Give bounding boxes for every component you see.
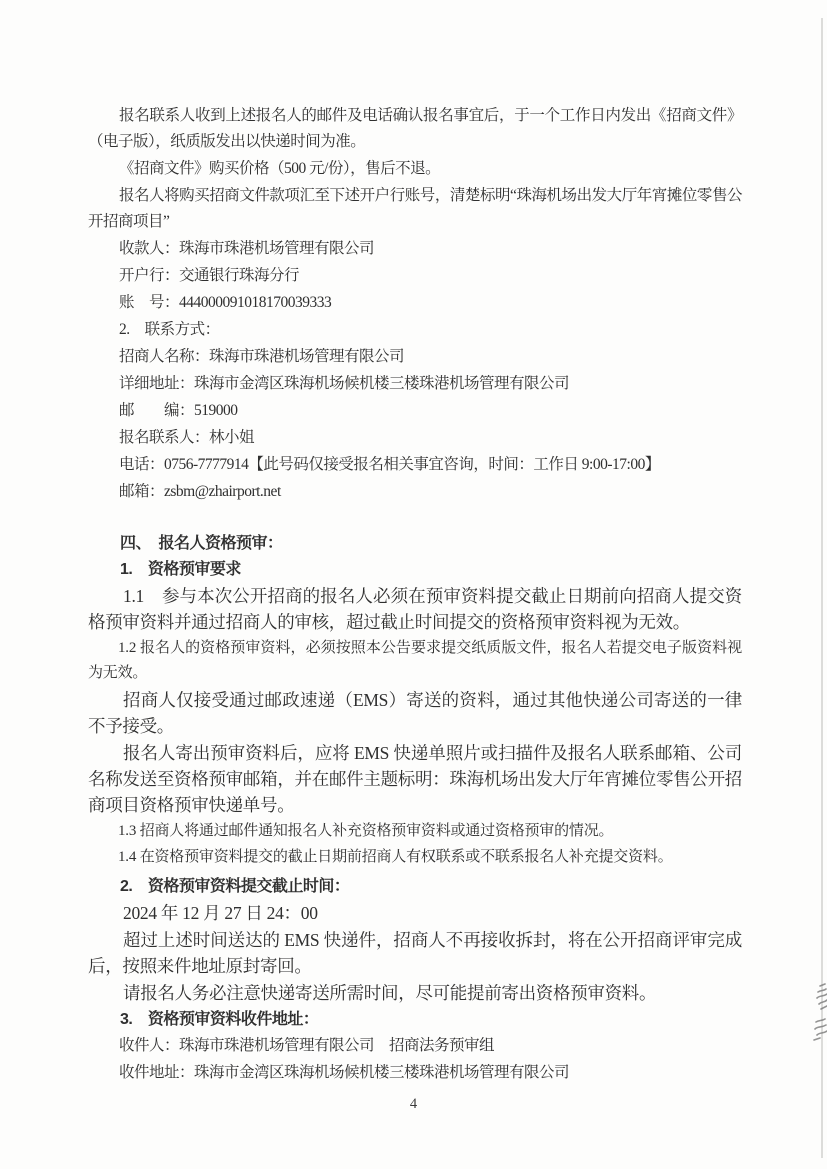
clause-1-1: 1.1 参与本次公开招商的报名人必须在预审资料提交截止日期前向招商人提交资格预审…: [88, 583, 742, 635]
mailing-address-heading: 3. 资格预审资料收件地址：: [88, 1007, 742, 1032]
postcode-line: 邮 编：519000: [88, 398, 742, 424]
document-body: 报名联系人收到上述报名人的邮件及电话确认报名事宜后，于一个工作日内发出《招商文件…: [88, 103, 742, 1087]
clause-1-2: 1.2 报名人的资格预审资料，必须按照本公告要求提交纸质版文件，报名人若提交电子…: [88, 636, 742, 686]
merchant-name-line: 招商人名称：珠海市珠港机场管理有限公司: [88, 344, 742, 370]
address-line: 详细地址：珠海市金湾区珠海机场候机楼三楼珠港机场管理有限公司: [88, 371, 742, 397]
handwritten-margin-note: [806, 982, 827, 1054]
ems-only-notice: 招商人仅接受通过邮政速递（EMS）寄送的资料，通过其他快递公司寄送的一律不予接受…: [88, 687, 742, 739]
clause-1-4: 1.4 在资格预审资料提交的截止日期前招商人有权联系或不联系报名人补充提交资料。: [88, 845, 742, 870]
account-number-line: 账 号：444000091018170039333: [88, 290, 742, 316]
recipient-address-line: 收件地址：珠海市金湾区珠海机场候机楼三楼珠港机场管理有限公司: [88, 1060, 742, 1086]
payee-line: 收款人：珠海市珠港机场管理有限公司: [88, 236, 742, 262]
clause-1-3: 1.3 招商人将通过邮件通知报名人补充资格预审资料或通过资格预审的情况。: [88, 819, 742, 844]
document-price-line: 《招商文件》购买价格（500 元/份），售后不退。: [88, 156, 742, 182]
document-page: 报名联系人收到上述报名人的邮件及电话确认报名事宜后，于一个工作日内发出《招商文件…: [0, 0, 827, 1169]
recipient-line: 收件人：珠海市珠港机场管理有限公司 招商法务预审组: [88, 1033, 742, 1059]
early-sending-reminder: 请报名人务必注意快递寄送所需时间，尽可能提前寄出资格预审资料。: [88, 980, 742, 1006]
phone-line: 电话：0756-7777914【此号码仅接受报名相关事宜咨询，时间：工作日 9:…: [88, 452, 742, 478]
bank-line: 开户行：交通银行珠海分行: [88, 263, 742, 289]
contact-section-label: 2. 联系方式：: [88, 317, 742, 343]
ems-receipt-notice: 报名人寄出预审资料后，应将 EMS 快递单照片或扫描件及报名人联系邮箱、公司名称…: [88, 740, 742, 818]
late-delivery-notice: 超过上述时间送达的 EMS 快递件，招商人不再接收拆封，将在公开招商评审完成后，…: [88, 927, 742, 979]
contact-person-line: 报名联系人：林小姐: [88, 425, 742, 451]
deadline-date: 2024 年 12 月 27 日 24：00: [88, 900, 742, 926]
notice-document-issuance: 报名联系人收到上述报名人的邮件及电话确认报名事宜后，于一个工作日内发出《招商文件…: [88, 103, 742, 155]
prequalification-requirements-heading: 1. 资格预审要求: [88, 557, 742, 582]
email-line: 邮箱：zsbm@zhairport.net: [88, 479, 742, 505]
deadline-heading: 2. 资格预审资料提交截止时间：: [88, 874, 742, 899]
page-number: 4: [0, 1096, 827, 1113]
payment-instruction: 报名人将购买招商文件款项汇至下述开户行账号，清楚标明“珠海机场出发大厅年宵摊位零…: [88, 183, 742, 235]
section4-heading: 四、 报名人资格预审：: [88, 531, 742, 556]
